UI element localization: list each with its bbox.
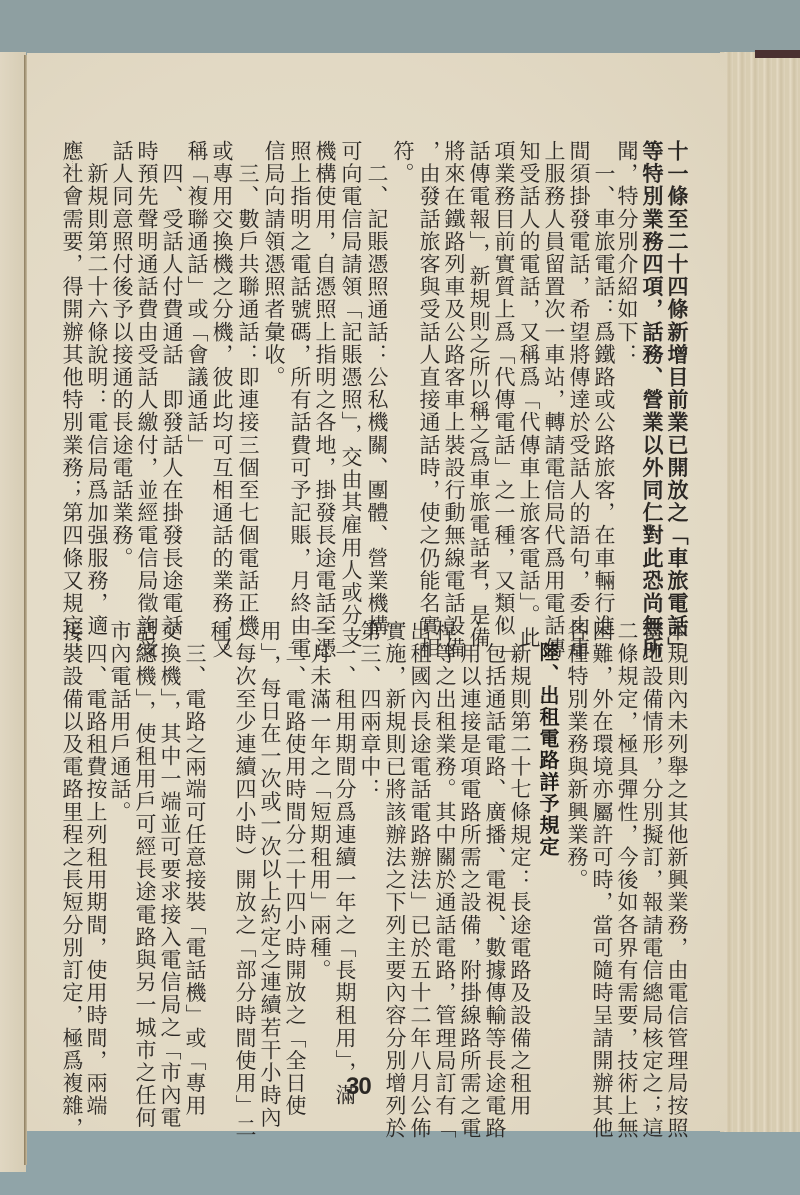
text-column: 各種特別業務與新興業務。 xyxy=(565,620,589,891)
text-column: 三、數戶共聯通話：即連接三個至七個電話正機 xyxy=(236,140,260,637)
text-column: 用」，每日在一次或一次以上約定之連續若干小時內 xyxy=(258,620,282,1129)
text-column: 間須掛發電話，希望將傳達於受話人的語句，委由車 xyxy=(567,140,591,660)
text-column: ，包括通話電路、廣播、電視、數據傳輸等長途電路 xyxy=(483,620,507,1140)
section-heading: 陸、出租電路詳予規定 xyxy=(536,620,560,858)
text-column: 四、電路租費按上列租用期間，使用時間，兩端 xyxy=(84,620,108,1117)
text-column: 或專用交換機之分機，彼此均可互相通話的業務，又 xyxy=(210,140,234,660)
background-top xyxy=(0,0,800,55)
text-column: 機構使用，自憑照上指明之各地，掛發長途電話至憑 xyxy=(313,140,337,660)
book-gutter xyxy=(24,55,27,1165)
text-column: 新規則第二十七條規定：長途電路及設備之租用 xyxy=(508,620,532,1117)
text-column: 信局向請領憑照者彙收。 xyxy=(262,140,286,389)
text-column: 新規則第二十六條說明：電信局爲加强服務，適 xyxy=(85,140,109,637)
text-column: 應社會需要，得開辦其他特別業務；第四條又規定： xyxy=(60,140,84,660)
text-column: 一、車旅電話：爲鐵路或公路旅客，在車輛行進 xyxy=(592,140,616,637)
text-column: 困難，外在環境亦屬許可時，當可隨時呈請開辦其他 xyxy=(590,620,614,1140)
text-column: 二、記賬憑照通話：公私機關、團體、營業機構 xyxy=(365,140,389,637)
text-column: 知受話人的電話，又稱爲「代傳車上旅客電話」。此 xyxy=(517,140,541,649)
text-column: 接裝設備以及電路里程之長短分別訂定，極爲複雜， xyxy=(60,620,84,1140)
text-column: ，由發話旅客與受話人直接通話時，使之仍能名實相 xyxy=(417,140,441,660)
text-column: 可向電信局請領「記賬憑照」，交由其雇用人或分支 xyxy=(339,140,363,649)
text-column: 本規則內未列舉之其他新興業務，由電信管理局按照 xyxy=(665,620,689,1140)
text-column: 一、租用期間分爲連續一年之「長期租用」，滿 xyxy=(333,620,357,1107)
text-column: 一月未滿一年之「短期租用」兩種。 xyxy=(308,620,332,982)
text-column: 種。 xyxy=(208,620,232,665)
text-column: （每次至少連續四小時）開放之「部分時間使用」二 xyxy=(233,620,257,1140)
page-stack-edge xyxy=(720,52,800,1132)
text-column: 話總機」，使租用戶可經長途電路與另一城市之任何 xyxy=(133,620,157,1129)
text-column: 三、電路之兩端可任意接裝「電話機」或「專用 xyxy=(183,620,207,1117)
text-column: 將來在鐵路列車及公路客車上裝設行動無線電話設備 xyxy=(442,140,466,660)
text-column: ，用以連接是項電路所需之設備，附掛線路所需之電 xyxy=(458,620,482,1140)
text-column: 四、受話人付費通話 即發話人在掛發長途電話 xyxy=(160,140,184,637)
text-column: 稱「複聯通話」或「會議通話」 xyxy=(185,140,209,456)
text-column: 實施，新規則已將該辦法之下列主要內容分別增列於 xyxy=(383,620,407,1140)
text-column: 當地設備情形，分別擬訂，報請電信總局核定之；這 xyxy=(640,620,664,1140)
text-column: 話傳電報」，新規則之所以稱之爲車旅電話者，是備 xyxy=(467,140,491,649)
text-column: 照上指明之電話號碼，所有話費可予記賬，月終由電 xyxy=(288,140,312,660)
text-column: 話人同意照付後予以接通的長途電話業務。 xyxy=(110,140,134,569)
text-column: 二條規定，極具彈性，今後如各界有需要，技術上無 xyxy=(615,620,639,1140)
text-column: 等特別業務四項，話務、營業以外同仁對此恐尚無所 xyxy=(640,140,664,660)
text-column: 交換機」，其中一端並可要求接入電信局之「市內電 xyxy=(158,620,182,1129)
text-column: 十一條至二十四條新增目前業已開放之「車旅電話」 xyxy=(665,140,689,660)
left-page-edge xyxy=(0,52,26,1172)
text-column: 第三、四兩章中： xyxy=(358,620,382,801)
text-column: 桿等之出租業務。其中關於通話電路，管理局訂有「 xyxy=(433,620,457,1140)
text-column: 項業務目前實質上爲「代傳電話」之一種，又類似「 xyxy=(492,140,516,660)
text-column: 聞，特分別介紹如下： xyxy=(615,140,639,366)
text-column: 出租國內長途電話電路辦法」已於五十二年八月公佈 xyxy=(408,620,432,1140)
page-number: 30 xyxy=(346,1073,371,1101)
text-column: 時預先聲明通話費由受話人繳付，並經電信局徵詢受 xyxy=(135,140,159,660)
text-column: 上服務人員留置次一車站，轉請電信局代爲用電話傳 xyxy=(542,140,566,660)
text-column: 符。 xyxy=(391,140,415,185)
text-column: 市內電話用戶通話。 xyxy=(108,620,132,823)
book-cover-edge xyxy=(755,50,800,58)
text-column: 二、電路使用時間分二十四小時開放之「全日使 xyxy=(283,620,307,1117)
